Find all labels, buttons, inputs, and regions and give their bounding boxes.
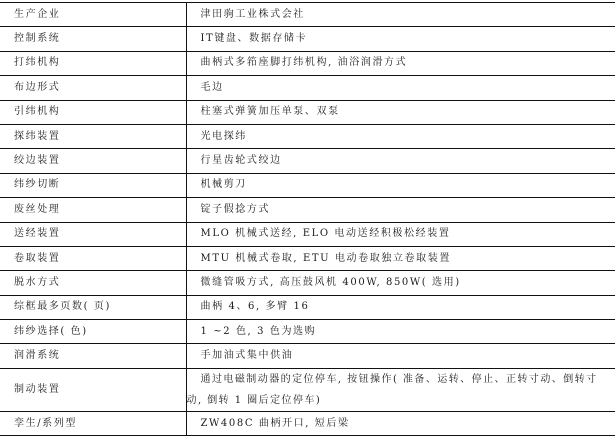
row-value: MLO 机械式送经, ELO 电动送经积极松经装置 [186, 222, 615, 246]
row-value: 锭子假捻方式 [186, 198, 615, 222]
row-label: 布边形式 [0, 76, 186, 100]
table-row: 控制系统 IT键盘、数据存储卡 [0, 27, 615, 51]
table-row: 生产企业 津田驹工业株式会社 [0, 3, 615, 27]
table-row: 综框最多页数( 页) 曲柄 4、6, 多臂 16 [0, 295, 615, 319]
row-value: 手加油式集中供油 [186, 344, 615, 368]
row-label: 综框最多页数( 页) [0, 295, 186, 319]
row-value: IT键盘、数据存储卡 [186, 27, 615, 51]
row-label: 制动装置 [0, 368, 186, 411]
row-label: 脱水方式 [0, 271, 186, 295]
table-row: 引纬机构 柱塞式弹簧加压单泵、双泵 [0, 100, 615, 124]
row-label: 润滑系统 [0, 344, 186, 368]
row-label: 控制系统 [0, 27, 186, 51]
row-label: 探纬装置 [0, 124, 186, 148]
row-value: 机械剪刀 [186, 173, 615, 197]
row-value: 毛边 [186, 76, 615, 100]
row-label: 送经装置 [0, 222, 186, 246]
table-row: 卷取装置 MTU 机械式卷取, ETU 电动卷取独立卷取装置 [0, 246, 615, 270]
row-label: 纬纱选择( 色) [0, 320, 186, 344]
row-label: 废丝处理 [0, 198, 186, 222]
table-row: 纬纱选择( 色) 1 ~2 色, 3 色为选购 [0, 320, 615, 344]
table-row: 绞边装置 行星齿轮式绞边 [0, 149, 615, 173]
row-label: 卷取装置 [0, 246, 186, 270]
row-value: 曲柄 4、6, 多臂 16 [186, 295, 615, 319]
table-row: 制动装置 通过电磁制动器的定位停车, 按钮操作( 准备、运转、停止、正转寸动、倒… [0, 368, 615, 411]
row-label: 打纬机构 [0, 51, 186, 75]
row-value: 1 ~2 色, 3 色为选购 [186, 320, 615, 344]
table-row: 探纬装置 光电探纬 [0, 124, 615, 148]
spec-table: 生产企业 津田驹工业株式会社 控制系统 IT键盘、数据存储卡 打纬机构 曲柄式多… [0, 2, 615, 436]
row-label: 纬纱切断 [0, 173, 186, 197]
row-value: MTU 机械式卷取, ETU 电动卷取独立卷取装置 [186, 246, 615, 270]
row-label: 生产企业 [0, 3, 186, 27]
table-row: 孪生/系列型 ZW408C 曲柄开口, 短后梁 [0, 411, 615, 435]
table-row: 送经装置 MLO 机械式送经, ELO 电动送经积极松经装置 [0, 222, 615, 246]
row-value: 津田驹工业株式会社 [186, 3, 615, 27]
row-label: 孪生/系列型 [0, 411, 186, 435]
table-row: 润滑系统 手加油式集中供油 [0, 344, 615, 368]
row-value: 通过电磁制动器的定位停车, 按钮操作( 准备、运转、停止、正转寸动、倒转寸动, … [186, 368, 615, 411]
row-value: 光电探纬 [186, 124, 615, 148]
row-value: 柱塞式弹簧加压单泵、双泵 [186, 100, 615, 124]
table-row: 纬纱切断 机械剪刀 [0, 173, 615, 197]
table-row: 废丝处理 锭子假捻方式 [0, 198, 615, 222]
table-row: 脱水方式 微缝管吸方式, 高压鼓风机 400W, 850W( 选用) [0, 271, 615, 295]
row-value: 行星齿轮式绞边 [186, 149, 615, 173]
row-label: 引纬机构 [0, 100, 186, 124]
row-label: 绞边装置 [0, 149, 186, 173]
table-row: 布边形式 毛边 [0, 76, 615, 100]
table-row: 打纬机构 曲柄式多筘座脚打纬机构, 油浴润滑方式 [0, 51, 615, 75]
row-value: ZW408C 曲柄开口, 短后梁 [186, 411, 615, 435]
row-value: 曲柄式多筘座脚打纬机构, 油浴润滑方式 [186, 51, 615, 75]
row-value: 微缝管吸方式, 高压鼓风机 400W, 850W( 选用) [186, 271, 615, 295]
